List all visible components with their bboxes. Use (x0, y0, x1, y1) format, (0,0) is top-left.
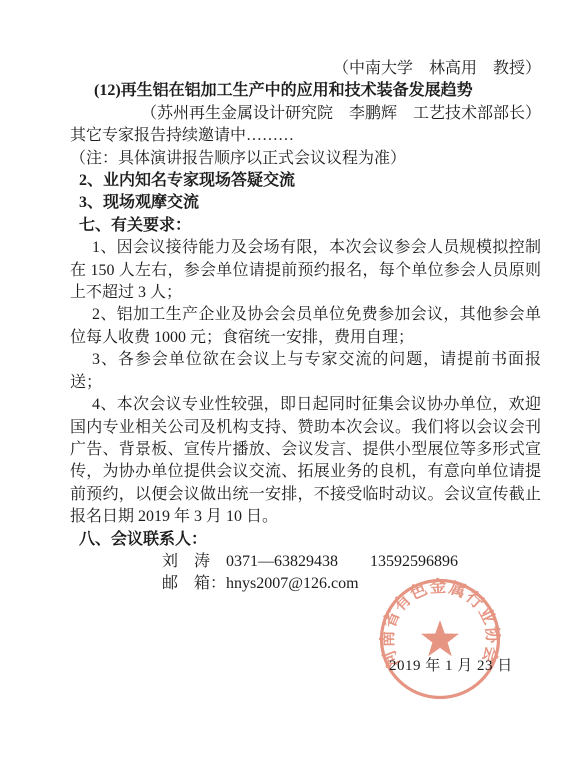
agenda-item-2: 2、业内知名专家现场答疑交流 (70, 170, 541, 192)
note-line: （注：具体演讲报告顺序以正式会议议程为准） (70, 148, 541, 170)
association-seal: 河南省有色金属行业协会 (378, 577, 502, 701)
requirement-3: 3、各参会单位欲在会议上与专家交流的问题，请提前书面报送； (70, 349, 541, 394)
requirement-1: 1、因会议接待能力及会场有限，本次会议参会人员规模拟控制在 150 人左右，参会… (70, 237, 541, 304)
document-page: （中南大学 林高用 教授） (12)再生铝在铝加工生产中的应用和技术装备发展趋势… (0, 0, 581, 759)
issue-date: 2019 年 1 月 23 日 (389, 654, 513, 675)
seal-graphic: 河南省有色金属行业协会 (378, 577, 502, 701)
seal-star-icon (421, 620, 459, 656)
document-body: （中南大学 林高用 教授） (12)再生铝在铝加工生产中的应用和技术装备发展趋势… (70, 58, 541, 596)
more-experts-line: 其它专家报告持续邀请中……… (70, 125, 541, 147)
section-7-heading: 七、有关要求： (70, 215, 541, 237)
speaker-line-1: （中南大学 林高用 教授） (70, 58, 541, 80)
requirement-4: 4、本次会议专业性较强，即日起同时征集会议协办单位，欢迎国内专业相关公司及机构支… (70, 394, 541, 528)
agenda-item-3: 3、现场观摩交流 (70, 192, 541, 214)
section-8-heading: 八、会议联系人： (70, 529, 541, 551)
requirement-2: 2、铝加工生产企业及协会会员单位免费参加会议，其他参会单位每人收费 1000 元… (70, 304, 541, 349)
speaker-line-2: （苏州再生金属设计研究院 李鹏辉 工艺技术部部长） (70, 103, 541, 125)
contact-phone-line: 刘 涛 0371—63829438 13592596896 (70, 551, 541, 573)
topic-12-heading: (12)再生铝在铝加工生产中的应用和技术装备发展趋势 (70, 80, 541, 102)
